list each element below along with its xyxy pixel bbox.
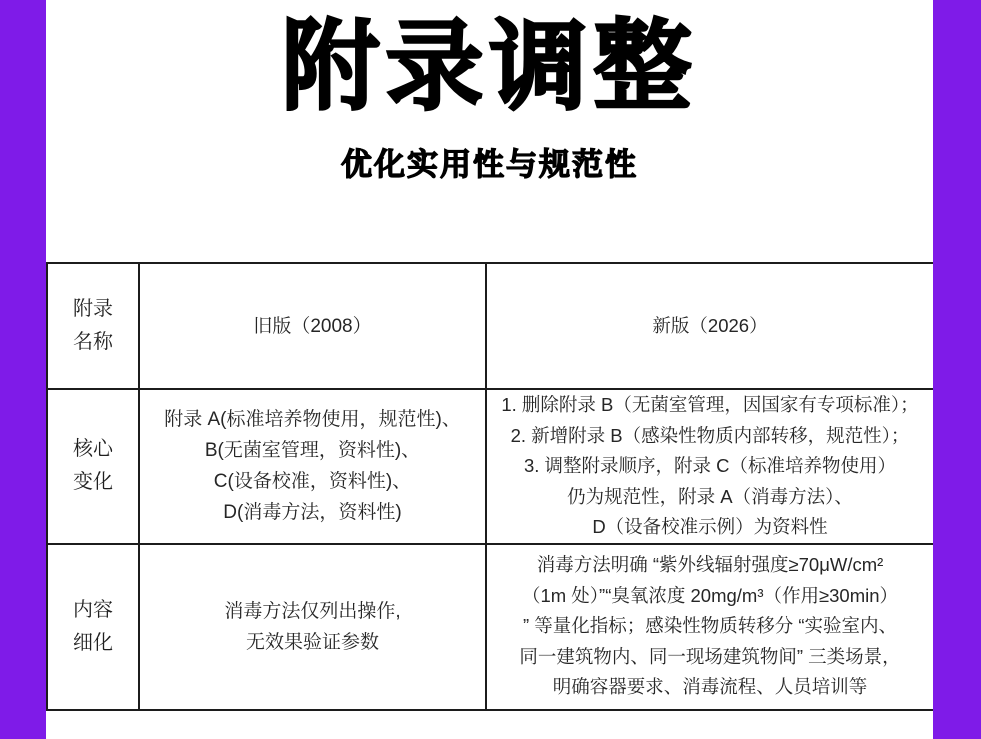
table-row-appendix-name: 附录 名称 旧版（2008） 新版（2026） [47, 263, 934, 389]
page-subtitle: 优化实用性与规范性 [46, 139, 933, 184]
cell-text-line: 附录 A(标准培养物使用，规范性)、 [140, 404, 485, 435]
left-accent-bar [0, 0, 46, 739]
column-header-new-label: 新版（2026） [487, 311, 933, 342]
cell-text-line: 3. 调整附录顺序，附录 C（标准培养物使用） [487, 451, 933, 482]
row-header-line: 细化 [48, 627, 138, 660]
column-header-old-label: 旧版（2008） [140, 311, 485, 342]
content-refinement-new-cell: 消毒方法明确 “紫外线辐射强度≥70μW/cm² （1m 处）”“臭氧浓度 20… [486, 544, 934, 710]
cell-text-line: B(无菌室管理，资料性)、 [140, 435, 485, 466]
table-row-core-changes: 核心 变化 附录 A(标准培养物使用，规范性)、 B(无菌室管理，资料性)、 C… [47, 389, 934, 544]
row-header-content-refinement: 内容 细化 [47, 544, 139, 710]
row-header-line: 核心 [48, 433, 138, 466]
row-header-appendix-name: 附录 名称 [47, 263, 139, 389]
content-refinement-old-cell: 消毒方法仅列出操作, 无效果验证参数 [139, 544, 486, 710]
cell-text-line: 1. 删除附录 B（无菌室管理，因国家有专项标准）； [487, 390, 933, 421]
row-header-line: 内容 [48, 594, 138, 627]
cell-text-line: 同一建筑物内、同一现场建筑物间” 三类场景， [487, 642, 933, 673]
row-header-core-changes: 核心 变化 [47, 389, 139, 544]
column-header-new-version: 新版（2026） [486, 263, 934, 389]
cell-text-line: 消毒方法仅列出操作, [140, 596, 485, 627]
right-accent-bar [933, 0, 981, 739]
table-row-content-refinement: 内容 细化 消毒方法仅列出操作, 无效果验证参数 消毒方法明确 “紫外线辐射强度… [47, 544, 934, 710]
cell-text-line: （1m 处）”“臭氧浓度 20mg/m³（作用≥30min） [487, 581, 933, 612]
cell-text-line: 消毒方法明确 “紫外线辐射强度≥70μW/cm² [487, 550, 933, 581]
cell-text-line: 明确容器要求、消毒流程、人员培训等 [487, 672, 933, 703]
cell-text-line: ” 等量化指标；感染性物质转移分 “实验室内、 [487, 611, 933, 642]
core-changes-old-cell: 附录 A(标准培养物使用，规范性)、 B(无菌室管理，资料性)、 C(设备校准，… [139, 389, 486, 544]
column-header-old-version: 旧版（2008） [139, 263, 486, 389]
row-header-line: 名称 [48, 326, 138, 359]
core-changes-new-cell: 1. 删除附录 B（无菌室管理，因国家有专项标准）； 2. 新增附录 B（感染性… [486, 389, 934, 544]
cell-text-line: D（设备校准示例）为资料性 [487, 512, 933, 543]
comparison-table: 附录 名称 旧版（2008） 新版（2026） 核心 变化 附录 A(标准培养物… [46, 262, 935, 711]
row-header-line: 附录 [48, 293, 138, 326]
row-header-line: 变化 [48, 466, 138, 499]
cell-text-line: C(设备校准，资料性)、 [140, 466, 485, 497]
cell-text-line: 2. 新增附录 B（感染性物质内部转移，规范性）； [487, 421, 933, 452]
cell-text-line: 仍为规范性，附录 A（消毒方法）、 [487, 482, 933, 513]
cell-text-line: 无效果验证参数 [140, 627, 485, 658]
page-title: 附录调整 [46, 12, 933, 122]
cell-text-line: D(消毒方法，资料性) [140, 497, 485, 528]
